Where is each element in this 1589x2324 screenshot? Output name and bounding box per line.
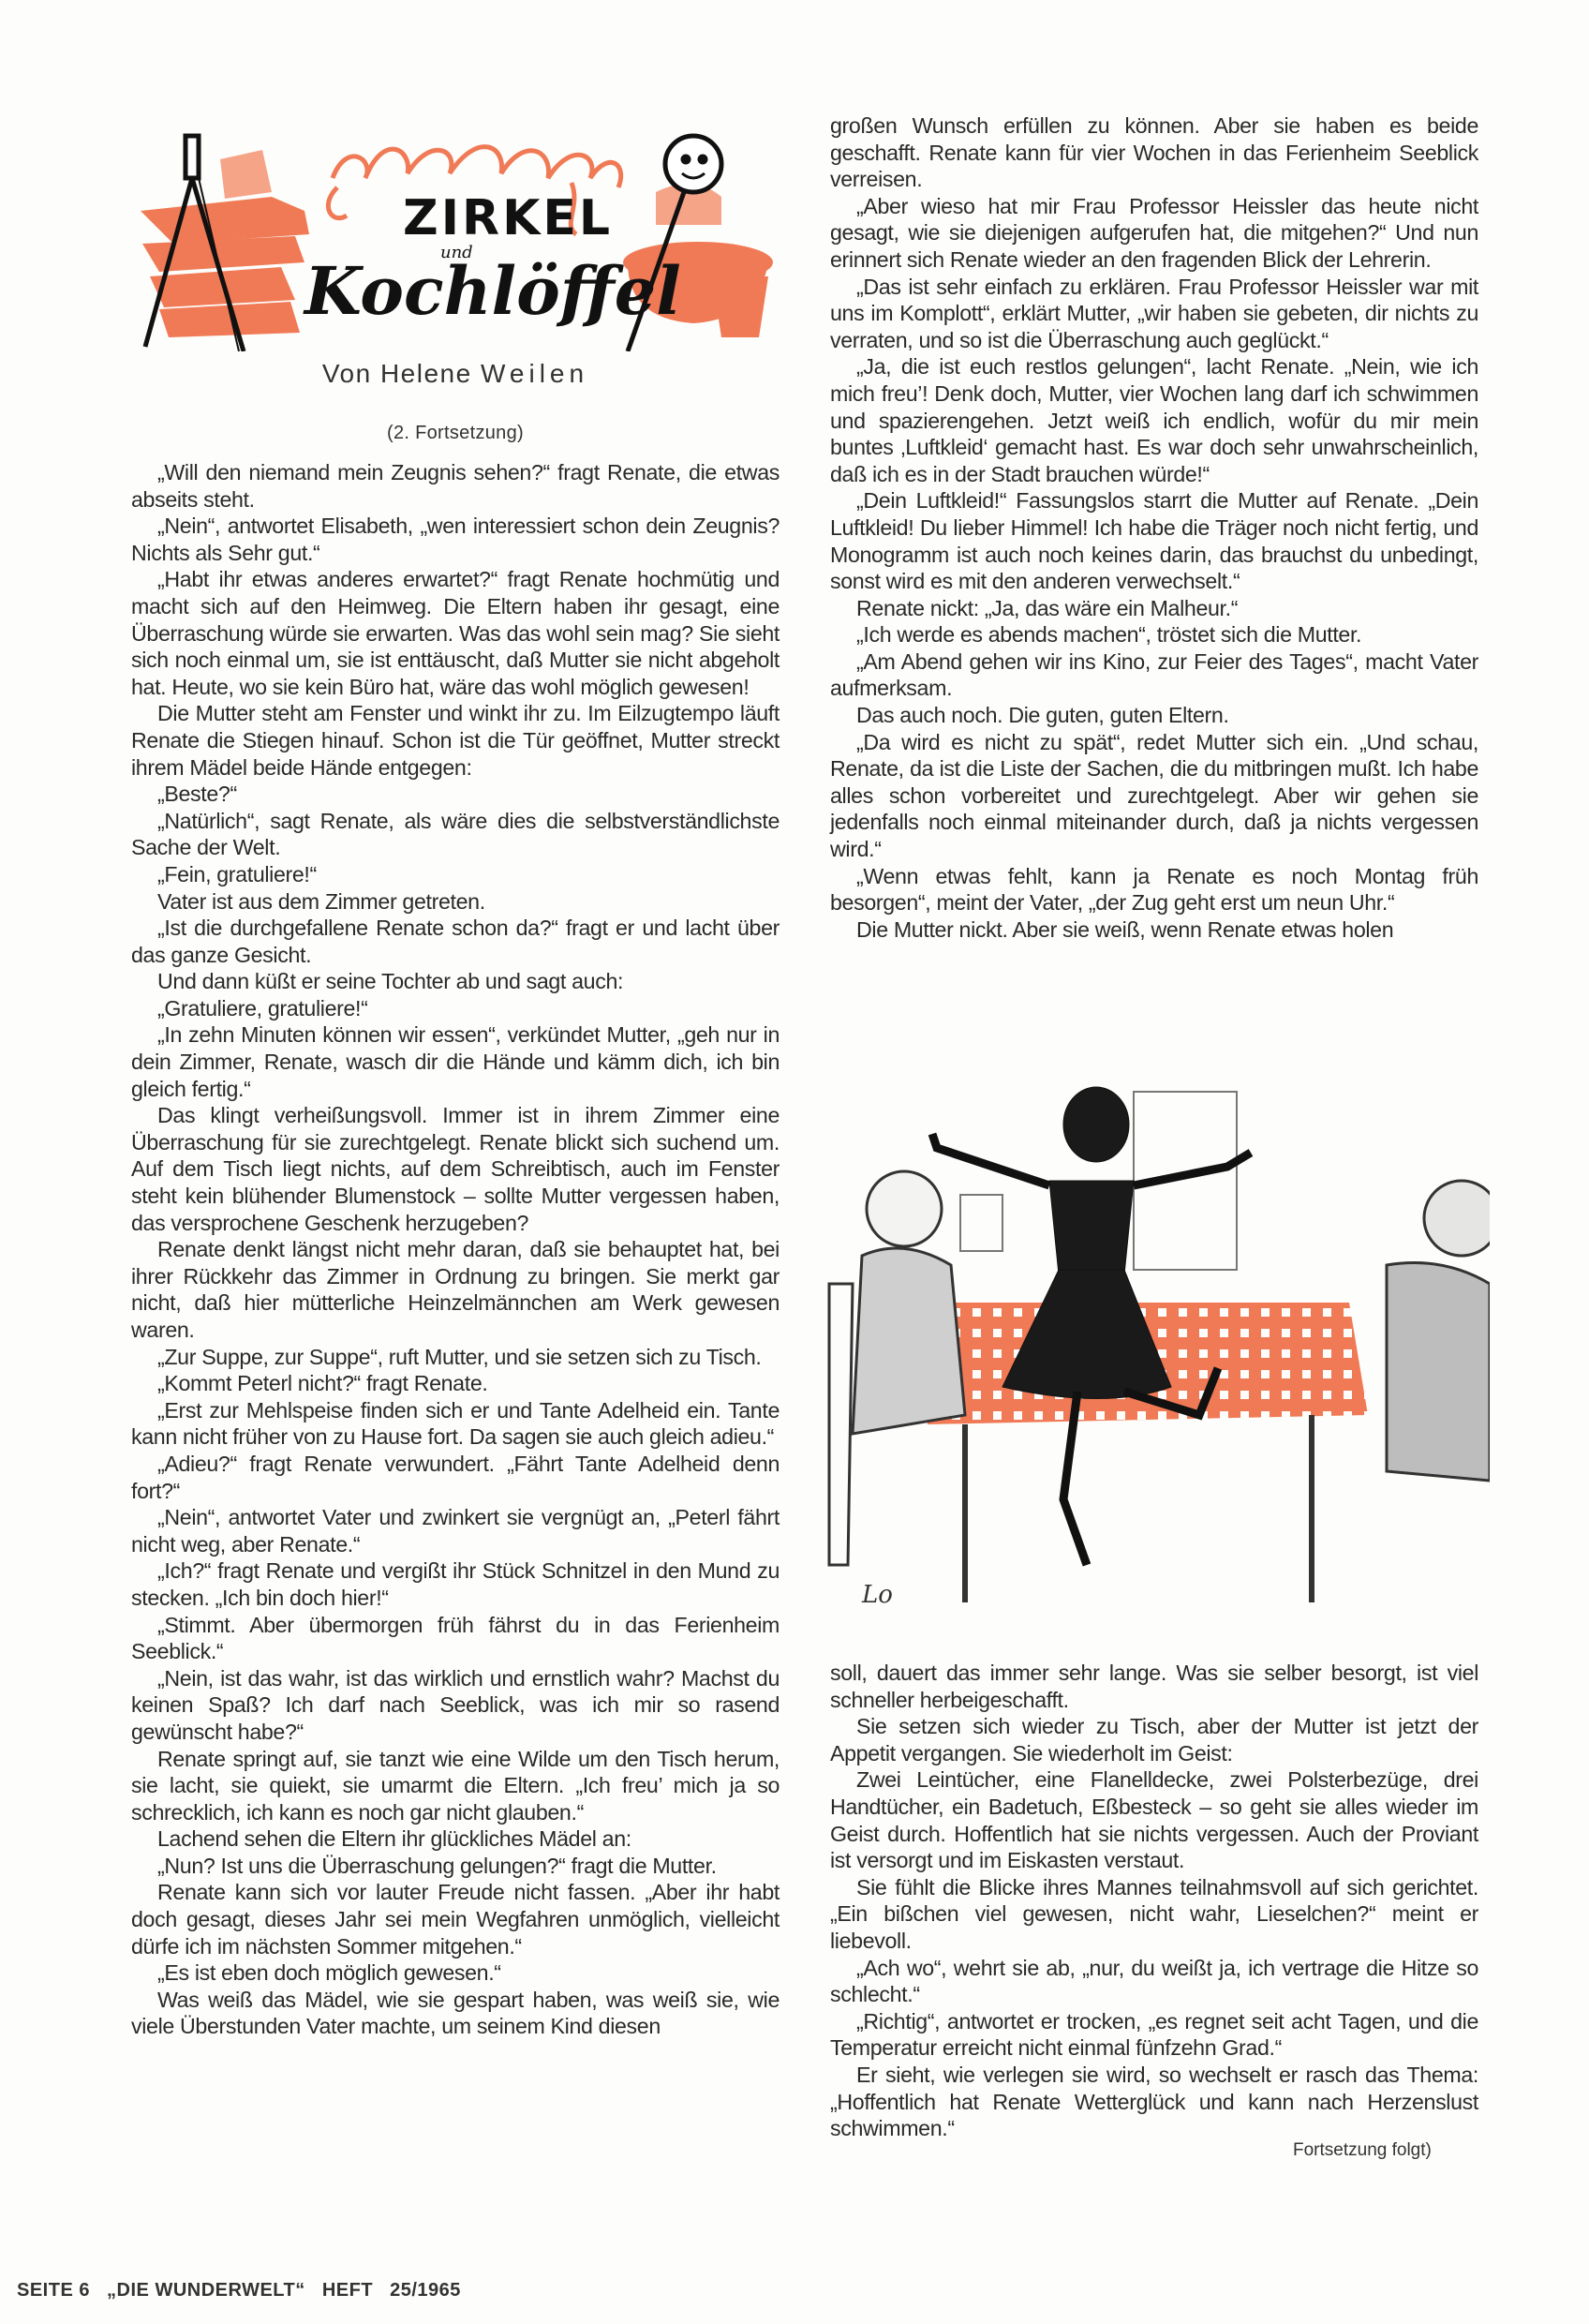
author-prefix: Von Helene [322, 359, 472, 388]
installment-label: (2. Fortsetzung) [131, 423, 780, 444]
paragraph: „Habt ihr etwas anderes erwartet?“ fragt… [131, 566, 780, 700]
paragraph: „Natürlich“, sagt Renate, als wäre dies … [131, 808, 780, 861]
to-be-continued: Fortsetzung folgt) [1293, 2140, 1432, 2161]
column-header-artwork: ZIRKEL und Kochlöffel [131, 122, 778, 351]
paragraph: „Will den niemand mein Zeugnis sehen?“ f… [131, 459, 780, 513]
title-line2: Kochlöffel [303, 252, 681, 330]
right-column-top: großen Wunsch erfüllen zu können. Aber s… [830, 112, 1478, 943]
byline: Von Helene Weilen [131, 359, 780, 389]
paragraph: Zwei Leintücher, eine Flanelldecke, zwei… [830, 1766, 1478, 1873]
issue-label: HEFT [322, 2280, 373, 2301]
books-icon [141, 150, 309, 337]
paragraph: „Beste?“ [131, 781, 780, 808]
paragraph: „Richtig“, antwortet er trocken, „es reg… [830, 2008, 1478, 2062]
paragraph: „In zehn Minuten können wir essen“, verk… [131, 1021, 780, 1102]
paragraph: „Es ist eben doch möglich gewesen.“ [131, 1959, 780, 1987]
magazine-name: „DIE WUNDERWELT“ [107, 2280, 305, 2301]
paragraph: „Da wird es nicht zu spät“, redet Mutter… [830, 729, 1478, 863]
paragraph: Lachend sehen die Eltern ihr glückliches… [131, 1825, 780, 1853]
mother-figure [829, 1171, 965, 1565]
author-surname: Weilen [481, 359, 588, 388]
paragraph: „Ist die durchgefallene Renate schon da?… [131, 915, 780, 968]
paragraph: Renate nickt: „Ja, das wäre ein Malheur.… [830, 595, 1478, 622]
paragraph: „Ach wo“, wehrt sie ab, „nur, du weißt j… [830, 1955, 1478, 2008]
paragraph: „Ich werde es abends machen“, tröstet si… [830, 621, 1478, 648]
paragraph: „Nein“, antwortet Elisabeth, „wen intere… [131, 513, 780, 566]
paragraph: „Nein“, antwortet Vater und zwinkert sie… [131, 1504, 780, 1557]
paragraph: Sie setzen sich wieder zu Tisch, aber de… [830, 1713, 1478, 1766]
illustration-signature: Lo [861, 1581, 893, 1609]
paragraph: „Erst zur Mehlspeise finden sich er und … [131, 1397, 780, 1451]
paragraph: „Aber wieso hat mir Frau Professor Heiss… [830, 193, 1478, 274]
paragraph: „Zur Suppe, zur Suppe“, ruft Mutter, und… [131, 1344, 780, 1371]
paragraph: Renate kann sich vor lauter Freude nicht… [131, 1879, 780, 1959]
left-column: „Will den niemand mein Zeugnis sehen?“ f… [131, 459, 780, 2040]
paragraph: „Adieu?“ fragt Renate verwundert. „Fährt… [131, 1451, 780, 1504]
paragraph: großen Wunsch erfüllen zu können. Aber s… [830, 112, 1478, 193]
page-number: SEITE 6 [17, 2280, 90, 2301]
paragraph: „Das ist sehr einfach zu erklären. Frau … [830, 274, 1478, 354]
paragraph: „Kommt Peterl nicht?“ fragt Renate. [131, 1370, 780, 1397]
paragraph: „Fein, gratuliere!“ [131, 861, 780, 888]
issue-number: 25/1965 [390, 2280, 461, 2301]
paragraph: Und dann küßt er seine Tochter ab und sa… [131, 968, 780, 995]
paragraph: „Wenn etwas fehlt, kann ja Renate es noc… [830, 863, 1478, 916]
paragraph: „Ich?“ fragt Renate und vergißt ihr Stüc… [131, 1557, 780, 1611]
paragraph: „Nein, ist das wahr, ist das wirklich un… [131, 1665, 780, 1746]
paragraph: Vater ist aus dem Zimmer getreten. [131, 888, 780, 916]
paragraph: Sie fühlt die Blicke ihres Mannes teilna… [830, 1874, 1478, 1955]
paragraph: Renate denkt längst nicht mehr daran, da… [131, 1236, 780, 1343]
paragraph: „Am Abend gehen wir ins Kino, zur Feier … [830, 648, 1478, 702]
paragraph: Er sieht, wie verlegen sie wird, so wech… [830, 2062, 1478, 2142]
father-figure [1387, 1181, 1490, 1481]
paragraph: „Gratuliere, gratuliere!“ [131, 995, 780, 1022]
paragraph: soll, dauert das immer sehr lange. Was s… [830, 1660, 1478, 1713]
paragraph: Die Mutter nickt. Aber sie weiß, wenn Re… [830, 916, 1478, 944]
paragraph: Das klingt verheißungsvoll. Immer ist in… [131, 1102, 780, 1236]
paragraph: „Stimmt. Aber übermorgen früh fährst du … [131, 1612, 780, 1665]
paragraph: „Dein Luftkleid!“ Fassungslos starrt die… [830, 487, 1478, 594]
right-column-bottom: soll, dauert das immer sehr lange. Was s… [830, 1660, 1478, 2142]
paragraph: Das auch noch. Die guten, guten Eltern. [830, 702, 1478, 729]
paragraph: „Nun? Ist uns die Überraschung gelungen?… [131, 1853, 780, 1880]
paragraph: Was weiß das Mädel, wie sie gespart habe… [131, 1987, 780, 2040]
story-illustration: Lo [824, 1078, 1490, 1640]
paragraph: „Ja, die ist euch restlos gelungen“, lac… [830, 353, 1478, 487]
cup-icon [712, 276, 768, 337]
paragraph: Renate springt auf, sie tanzt wie eine W… [131, 1746, 780, 1826]
paragraph: Die Mutter steht am Fenster und winkt ih… [131, 700, 780, 781]
title-line1: ZIRKEL [403, 190, 613, 246]
page-footer: SEITE 6 „DIE WUNDERWELT“ HEFT 25/1965 [17, 2280, 472, 2302]
